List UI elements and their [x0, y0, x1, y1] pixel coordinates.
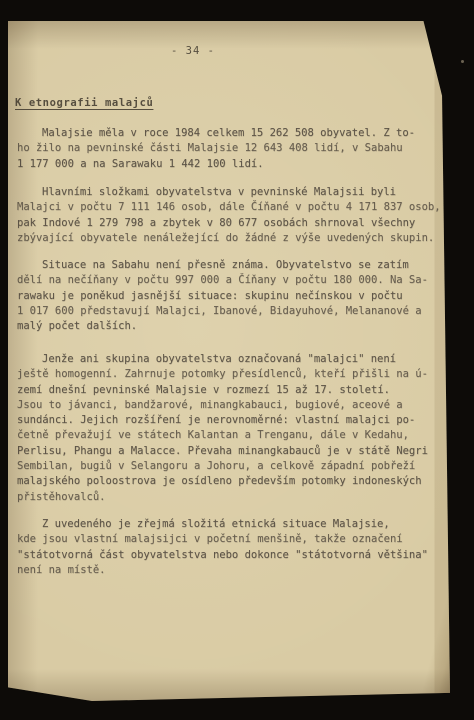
paragraph-main-groups: Hlavními složkami obyvatelstva v pevnins…: [17, 185, 441, 246]
text-line: pak Indové 1 279 798 a zbytek v 80 677 o…: [17, 216, 441, 231]
page-number: - 34 -: [171, 45, 215, 57]
paragraph-sabah-sarawak: Situace na Sabahu není přesně známa. Oby…: [17, 258, 441, 334]
text-line: Malajci v počtu 7 111 146 osob, dále Číň…: [17, 200, 441, 215]
text-line: Perlisu, Phangu a Malacce. Převaha minan…: [17, 444, 441, 459]
text-line: Hlavními složkami obyvatelstva v pevnins…: [17, 185, 441, 200]
text-line: malajského poloostrova je osídleno přede…: [17, 474, 441, 489]
text-line: zemí dnešní pevninské Malajsie v rozmezí…: [17, 383, 441, 398]
text-line: 1 017 600 představují Malajci, Ibanové, …: [17, 304, 441, 319]
text-line: dělí na nečíňany v počtu 997 000 a Číňan…: [17, 273, 441, 288]
book-page: - 34 - K etnografii malajců Malajsie měl…: [8, 21, 450, 701]
text-line: malý počet dalších.: [17, 319, 441, 334]
text-line: ještě homogenní. Zahrnuje potomky přesíd…: [17, 367, 441, 382]
text-line: "státotvorná část obyvatelstva nebo doko…: [17, 548, 441, 563]
scanned-page-photo: - 34 - K etnografii malajců Malajsie měl…: [0, 0, 474, 720]
text-line: rawaku je poněkud jasnější situace: skup…: [17, 289, 441, 304]
text-line: ho žilo na pevninské části Malajsie 12 6…: [17, 141, 441, 156]
text-line: přistěhovalců.: [17, 490, 441, 505]
text-line: zbývající obyvatele nenáležející do žádn…: [17, 231, 441, 246]
text-line: kde jsou vlastní malajsijci v početní me…: [17, 532, 441, 547]
text-line: sundánci. Jejich rozšíření je nerovnoměr…: [17, 413, 441, 428]
paragraph-conclusion: Z uvedeného je zřejmá složitá etnická si…: [17, 517, 441, 578]
text-line: Jsou to jávanci, bandžarové, minangkabau…: [17, 398, 441, 413]
paragraph-population-total: Malajsie měla v roce 1984 celkem 15 262 …: [17, 126, 441, 172]
text-line: Malajsie měla v roce 1984 celkem 15 262 …: [17, 126, 441, 141]
text-line: Jenže ani skupina obyvatelstva označovan…: [17, 352, 441, 367]
text-line: četně převažují ve státech Kalantan a Tr…: [17, 428, 441, 443]
text-line: Sembilan, bugiů v Selangoru a Johoru, a …: [17, 459, 441, 474]
text-line: není na místě.: [17, 563, 441, 578]
paragraph-malay-subgroups: Jenže ani skupina obyvatelstva označovan…: [17, 352, 441, 505]
page-content: - 34 - K etnografii malajců Malajsie měl…: [8, 21, 450, 701]
text-line: Z uvedeného je zřejmá složitá etnická si…: [17, 517, 441, 532]
section-heading: K etnografii malajců: [15, 97, 153, 109]
text-line: Situace na Sabahu není přesně známa. Oby…: [17, 258, 441, 273]
dust-speck: [461, 60, 464, 63]
text-line: 1 177 000 a na Sarawaku 1 442 100 lidí.: [17, 157, 441, 172]
